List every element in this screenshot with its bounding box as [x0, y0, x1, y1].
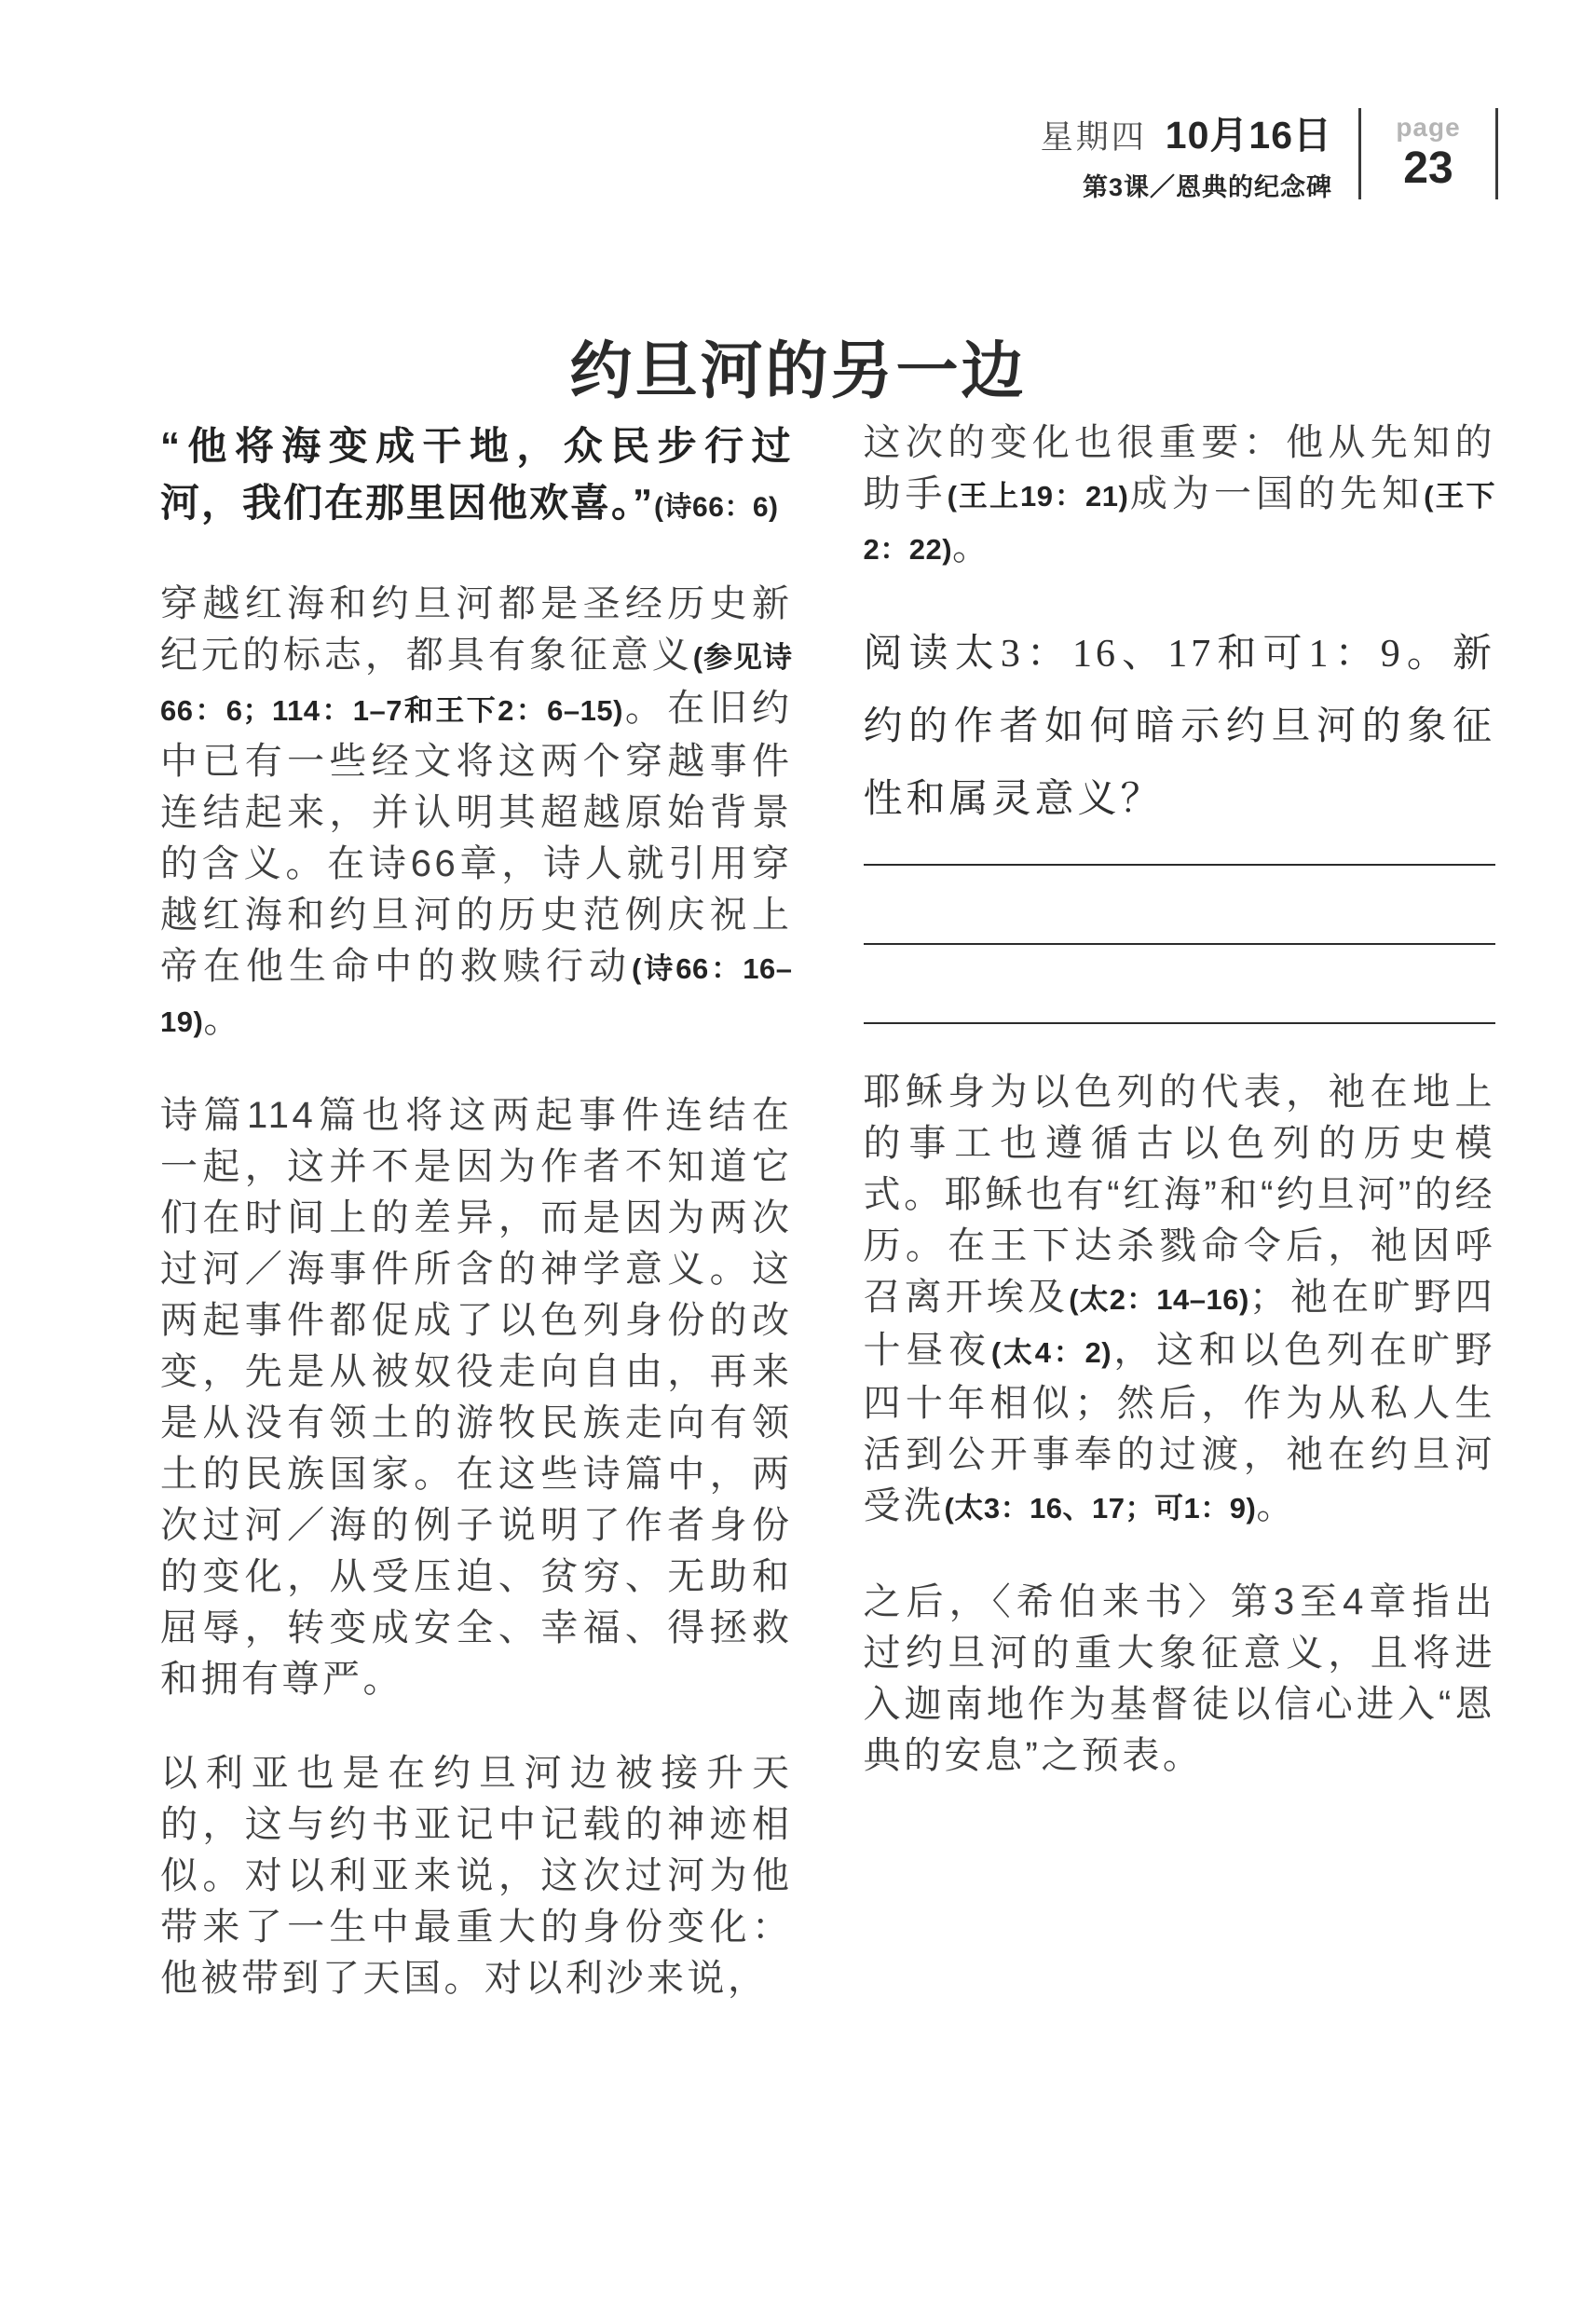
left-column: “他将海变成干地，众民步行过河，我们在那里因他欢喜。”(诗66：6) 穿越红海和…: [160, 417, 793, 2004]
page-title: 约旦河的另一边: [0, 336, 1596, 408]
paragraph: 这次的变化也很重要：他从先知的助手(王上19：21)成为一国的先知(王下2：22…: [864, 417, 1496, 575]
answer-lines: [864, 836, 1496, 1024]
scripture-ref: (太3：16、17；可1：9): [945, 1492, 1257, 1525]
text-run: 成为一国的先知: [1128, 473, 1424, 514]
answer-line: [864, 836, 1496, 866]
header-divider-right: [1495, 108, 1498, 199]
answer-line: [864, 866, 1496, 945]
page-header: 星期四10月16日 第3课／恩典的纪念碑 page 23: [1041, 108, 1498, 199]
memory-verse: “他将海变成干地，众民步行过河，我们在那里因他欢喜。”(诗66：6): [160, 417, 793, 536]
weekday-label: 星期四: [1041, 119, 1147, 156]
lesson-page: 星期四10月16日 第3课／恩典的纪念碑 page 23 约旦河的另一边 “他将…: [0, 0, 1596, 2311]
study-question: 阅读太3：16、17和可1：9。新约的作者如何暗示约旦河的象征性和属灵意义？: [864, 618, 1496, 836]
content-columns: “他将海变成干地，众民步行过河，我们在那里因他欢喜。”(诗66：6) 穿越红海和…: [160, 417, 1495, 2004]
paragraph: 之后，〈希伯来书〉第3至4章指出过约旦河的重大象征意义，且将进入迦南地作为基督徒…: [864, 1577, 1496, 1782]
header-date-block: 星期四10月16日 第3课／恩典的纪念碑: [1041, 108, 1358, 199]
text-run: 。: [952, 526, 993, 567]
text-run: 。: [1256, 1485, 1297, 1526]
scripture-ref: (太2：14–16): [1069, 1283, 1249, 1316]
paragraph: 诗篇114篇也将这两起事件连结在一起，这并不是因为作者不知道它们在时间上的差异，…: [160, 1090, 793, 1705]
answer-line: [864, 945, 1496, 1024]
page-label: page: [1361, 115, 1495, 141]
lesson-label: 第3课／恩典的纪念碑: [1041, 167, 1332, 203]
page-number: 23: [1361, 144, 1495, 194]
paragraph: 以利亚也是在约旦河边被接升天的，这与约书亚记中记载的神迹相似。对以利亚来说，这次…: [160, 1748, 793, 2004]
text-run: 阅读太3：16、17和可1：9。新约的作者如何暗示约旦河的象征性和属灵意义？: [864, 633, 1496, 821]
scripture-ref: (王上19：21): [948, 480, 1129, 513]
scripture-ref: (太4：2): [991, 1336, 1112, 1369]
date-label: 10月16日: [1166, 114, 1332, 157]
right-column: 这次的变化也很重要：他从先知的助手(王上19：21)成为一国的先知(王下2：22…: [864, 417, 1496, 2004]
text-run: 。: [203, 999, 244, 1040]
page-number-block: page 23: [1361, 108, 1495, 199]
text-run: 以利亚也是在约旦河边被接升天的，这与约书亚记中记载的神迹相似。对以利亚来说，这次…: [160, 1753, 793, 1999]
paragraph: 穿越红海和约旦河都是圣经历史新纪元的标志，都具有象征意义(参见诗66：6；114…: [160, 579, 793, 1047]
text-run: 之后，〈希伯来书〉第3至4章指出过约旦河的重大象征意义，且将进入迦南地作为基督徒…: [864, 1581, 1496, 1776]
header-date-line: 星期四10月16日: [1041, 104, 1332, 159]
scripture-ref: (诗66：6): [654, 492, 779, 523]
text-run: 诗篇114篇也将这两起事件连结在一起，这并不是因为作者不知道它们在时间上的差异，…: [160, 1095, 793, 1700]
paragraph: 耶稣身为以色列的代表，祂在地上的事工也遵循古以色列的历史模式。耶稣也有“红海”和…: [864, 1067, 1496, 1534]
text-run: 。在旧约中已有一些经文将这两个穿越事件连结起来，并认明其超越原始背景的含义。在诗…: [160, 688, 793, 987]
